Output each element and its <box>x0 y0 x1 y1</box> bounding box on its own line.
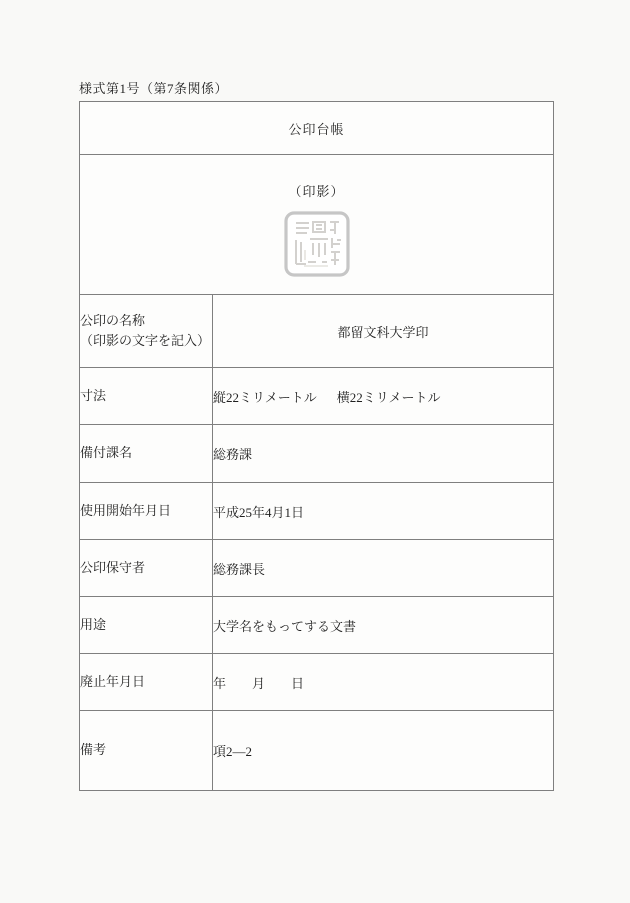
table-row-dimensions: 寸法 縦22ミリメートル横22ミリメートル <box>80 368 554 425</box>
row-label-dimensions: 寸法 <box>80 368 213 425</box>
table-row-abolition-date: 廃止年月日 年 月 日 <box>80 654 554 711</box>
row-value-start-date: 平成25年4月1日 <box>213 483 554 540</box>
dimension-width: 横22ミリメートル <box>337 390 441 405</box>
row-value-purpose: 大学名をもってする文書 <box>213 597 554 654</box>
page-title: 公印台帳 <box>80 102 554 155</box>
row-value-keeper: 総務課長 <box>213 540 554 597</box>
row-value-dimensions: 縦22ミリメートル横22ミリメートル <box>213 368 554 425</box>
row-value-remarks: 項2—2 <box>213 711 554 791</box>
row-value-department: 総務課 <box>213 425 554 483</box>
row-label-purpose: 用途 <box>80 597 213 654</box>
seal-register-table: 公印台帳 （印影） <box>79 101 554 791</box>
table-row-title: 公印台帳 <box>80 102 554 155</box>
row-label-line1: 公印の名称 <box>80 311 212 331</box>
row-label-abolition-date: 廃止年月日 <box>80 654 213 711</box>
table-row-seal-name: 公印の名称 （印影の文字を記入） 都留文科大学印 <box>80 295 554 368</box>
row-label-start-date: 使用開始年月日 <box>80 483 213 540</box>
table-row-purpose: 用途 大学名をもってする文書 <box>80 597 554 654</box>
row-label-line2: （印影の文字を記入） <box>80 331 212 351</box>
seal-caption: （印影） <box>80 181 553 200</box>
table-row-department: 備付課名 総務課 <box>80 425 554 483</box>
table-row-seal: （印影） <box>80 155 554 295</box>
row-label-remarks: 備考 <box>80 711 213 791</box>
document-page: 様式第1号（第7条関係） 公印台帳 （印影） <box>0 0 630 903</box>
row-label-keeper: 公印保守者 <box>80 540 213 597</box>
row-label-seal-name: 公印の名称 （印影の文字を記入） <box>80 295 213 368</box>
table-row-keeper: 公印保守者 総務課長 <box>80 540 554 597</box>
row-value-seal-name: 都留文科大学印 <box>213 295 554 368</box>
table-row-remarks: 備考 項2—2 <box>80 711 554 791</box>
row-label-department: 備付課名 <box>80 425 213 483</box>
form-number-label: 様式第1号（第7条関係） <box>79 78 228 97</box>
square-seal-stamp-icon <box>283 210 351 278</box>
row-value-abolition-date: 年 月 日 <box>213 654 554 711</box>
table-row-start-date: 使用開始年月日 平成25年4月1日 <box>80 483 554 540</box>
seal-cell: （印影） <box>80 155 554 295</box>
dimension-height: 縦22ミリメートル <box>213 390 317 405</box>
